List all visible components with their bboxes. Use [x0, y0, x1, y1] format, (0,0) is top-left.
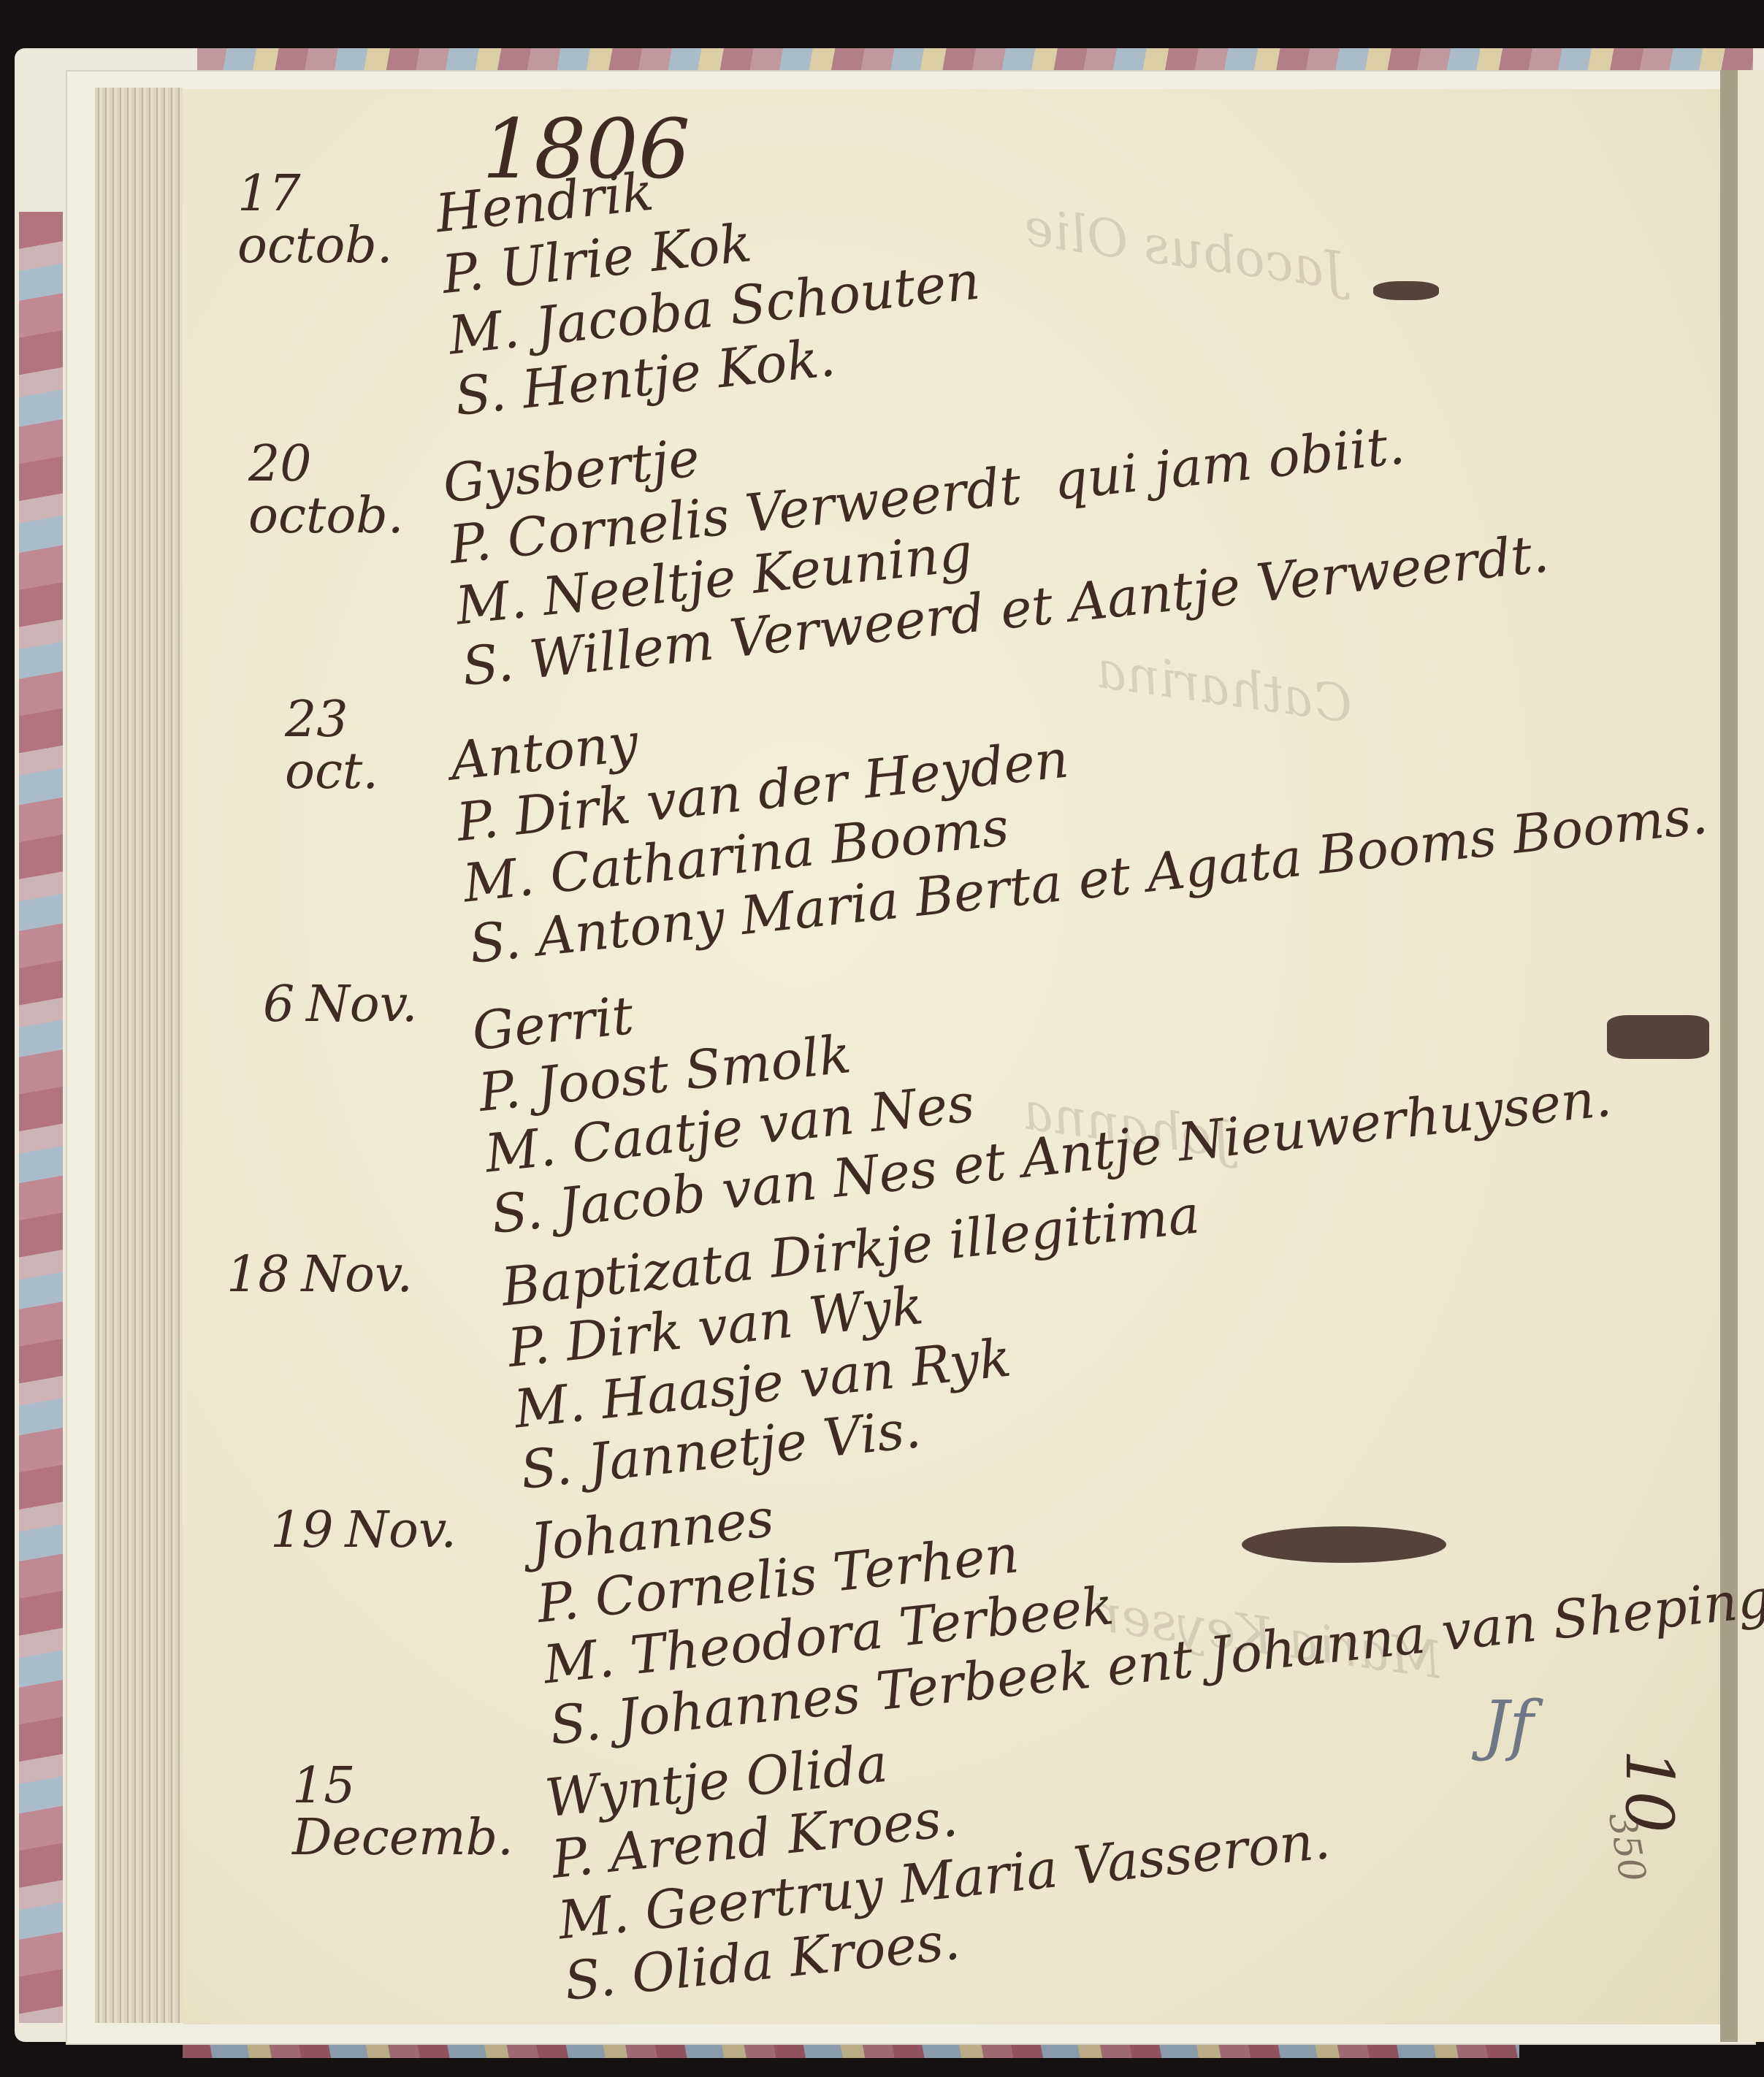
entry-date: 23 oct.	[285, 694, 378, 798]
entry-date: 19 Nov.	[270, 1504, 457, 1556]
date-month: oct.	[285, 746, 378, 797]
entry-date: 15 Decemb.	[292, 1760, 513, 1864]
page-edges	[95, 88, 183, 2023]
date-day: 15	[292, 1760, 513, 1812]
marbled-binding-top	[197, 48, 1753, 73]
date-day: 6	[263, 979, 294, 1030]
date-day: 19	[270, 1504, 334, 1556]
date-month: Decemb.	[292, 1812, 513, 1864]
date-day: 23	[285, 694, 378, 746]
date-month: octob.	[237, 220, 392, 272]
date-month: Nov.	[306, 979, 417, 1030]
date-month: octob.	[248, 490, 403, 542]
entry-date: 18 Nov.	[226, 1249, 413, 1301]
date-month: Nov.	[302, 1249, 413, 1301]
entry-date: 20 octob.	[248, 438, 403, 543]
ink-blot	[1607, 1015, 1709, 1059]
entry-date: 6 Nov.	[263, 979, 418, 1030]
ink-stroke-mark	[1373, 281, 1439, 300]
date-day: 20	[248, 438, 403, 490]
date-day: 18	[226, 1249, 290, 1301]
marbled-binding-left	[19, 212, 63, 2023]
date-day: 17	[237, 168, 392, 220]
gutter-shadow	[1720, 70, 1738, 2042]
pencil-annotation: Jf	[1483, 1687, 1533, 1764]
facing-page-edge	[1738, 70, 1764, 2042]
entry-date: 17 octob.	[237, 168, 392, 272]
date-month: Nov.	[345, 1504, 457, 1556]
